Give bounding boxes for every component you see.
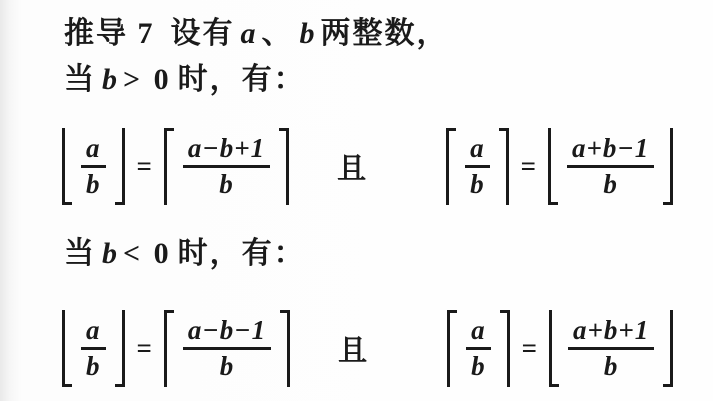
variable-b: b: [294, 17, 321, 50]
when-prefix: 当: [64, 63, 96, 96]
bracket-floor-right: [663, 128, 673, 205]
ceiling-group: a b: [446, 128, 509, 205]
variable-b: b: [96, 63, 123, 96]
denominator: b: [466, 351, 491, 382]
floor-group: a b: [62, 128, 125, 205]
equals-sign: =: [137, 151, 152, 182]
fraction-expression: a−b+1 b: [176, 128, 277, 205]
conjunction-and: 且: [338, 328, 367, 369]
denominator: b: [81, 351, 106, 382]
bracket-ceiling-left: [446, 128, 456, 205]
bracket-floor-left: [62, 310, 72, 387]
bracket-ceiling-left: [164, 310, 174, 387]
when-prefix: 当: [64, 237, 96, 270]
derivation-label: 推导 7: [64, 17, 155, 50]
when-suffix: 时，有：: [178, 237, 306, 270]
floor-group: a b: [62, 310, 125, 387]
fraction-bar: [465, 165, 490, 168]
fraction-a-over-b: a b: [74, 310, 113, 387]
formula-floor-identity-pos: a b = a−b+1 b: [62, 128, 289, 205]
fraction-bar: [183, 165, 270, 168]
equals-sign: =: [521, 151, 536, 182]
conjunction-and: 且: [337, 146, 366, 187]
denominator: b: [214, 169, 239, 200]
fraction-bar: [183, 347, 271, 350]
formula-ceiling-identity-pos: a b = a+b−1 b: [446, 128, 673, 205]
bracket-floor-right: [115, 310, 125, 387]
fraction-a-over-b: a b: [459, 310, 498, 387]
bracket-ceiling-right: [280, 310, 290, 387]
fraction-bar: [81, 347, 106, 350]
floor-group: a+b−1 b: [548, 128, 673, 205]
formula-ceiling-identity-neg: a b = a+b+1 b: [447, 310, 673, 387]
fraction-bar: [567, 165, 654, 168]
variable-b: b: [96, 237, 123, 270]
enumeration-comma: 、: [262, 17, 294, 50]
ceiling-group: a−b−1 b: [164, 310, 290, 387]
bracket-floor-right: [663, 310, 673, 387]
fraction-bar: [568, 347, 654, 350]
numerator: a+b−1: [567, 133, 654, 164]
bracket-ceiling-right: [500, 310, 510, 387]
denominator: b: [81, 169, 106, 200]
fraction-bar: [81, 165, 106, 168]
ceiling-group: a b: [447, 310, 510, 387]
bracket-floor-left: [62, 128, 72, 205]
numerator: a: [465, 133, 490, 164]
condition-negative-line: 当b< 0时，有：: [0, 234, 713, 274]
bracket-ceiling-right: [499, 128, 509, 205]
numerator: a−b+1: [183, 133, 270, 164]
formula-row-positive: a b = a−b+1 b 且: [0, 116, 713, 216]
relation-gt-zero: > 0: [123, 63, 178, 96]
equals-sign: =: [137, 333, 152, 364]
fraction-expression: a+b−1 b: [560, 128, 661, 205]
denominator: b: [465, 169, 490, 200]
bracket-ceiling-right: [279, 128, 289, 205]
fraction-a-over-b: a b: [74, 128, 113, 205]
denominator: b: [599, 351, 624, 382]
numerator: a−b−1: [183, 315, 271, 346]
denominator: b: [215, 351, 240, 382]
floor-group: a+b+1 b: [549, 310, 673, 387]
numerator: a: [81, 315, 106, 346]
intro-suffix: 两整数，: [321, 17, 449, 50]
bracket-ceiling-left: [447, 310, 457, 387]
numerator: a: [81, 133, 106, 164]
fraction-a-over-b: a b: [458, 128, 497, 205]
fraction-bar: [466, 347, 491, 350]
when-suffix: 时，有：: [178, 63, 306, 96]
formula-floor-identity-neg: a b = a−b−1 b: [62, 310, 290, 387]
heading-line: 推导 7设有a、b两整数，: [0, 14, 713, 54]
bracket-floor-left: [549, 310, 559, 387]
fraction-expression: a+b+1 b: [561, 310, 661, 387]
bracket-floor-left: [548, 128, 558, 205]
bracket-floor-right: [115, 128, 125, 205]
scanned-document-page: 推导 7设有a、b两整数， 当b> 0时，有： a b = a−b+1: [0, 0, 713, 401]
relation-lt-zero: < 0: [123, 237, 178, 270]
formula-row-negative: a b = a−b−1 b 且: [0, 298, 713, 398]
intro-prefix: 设有: [171, 17, 235, 50]
fraction-expression: a−b−1 b: [176, 310, 278, 387]
ceiling-group: a−b+1 b: [164, 128, 289, 205]
equals-sign: =: [522, 333, 537, 364]
variable-a: a: [235, 17, 262, 50]
bracket-ceiling-left: [164, 128, 174, 205]
denominator: b: [598, 169, 623, 200]
numerator: a+b+1: [568, 315, 654, 346]
condition-positive-line: 当b> 0时，有：: [0, 60, 713, 100]
numerator: a: [466, 315, 491, 346]
